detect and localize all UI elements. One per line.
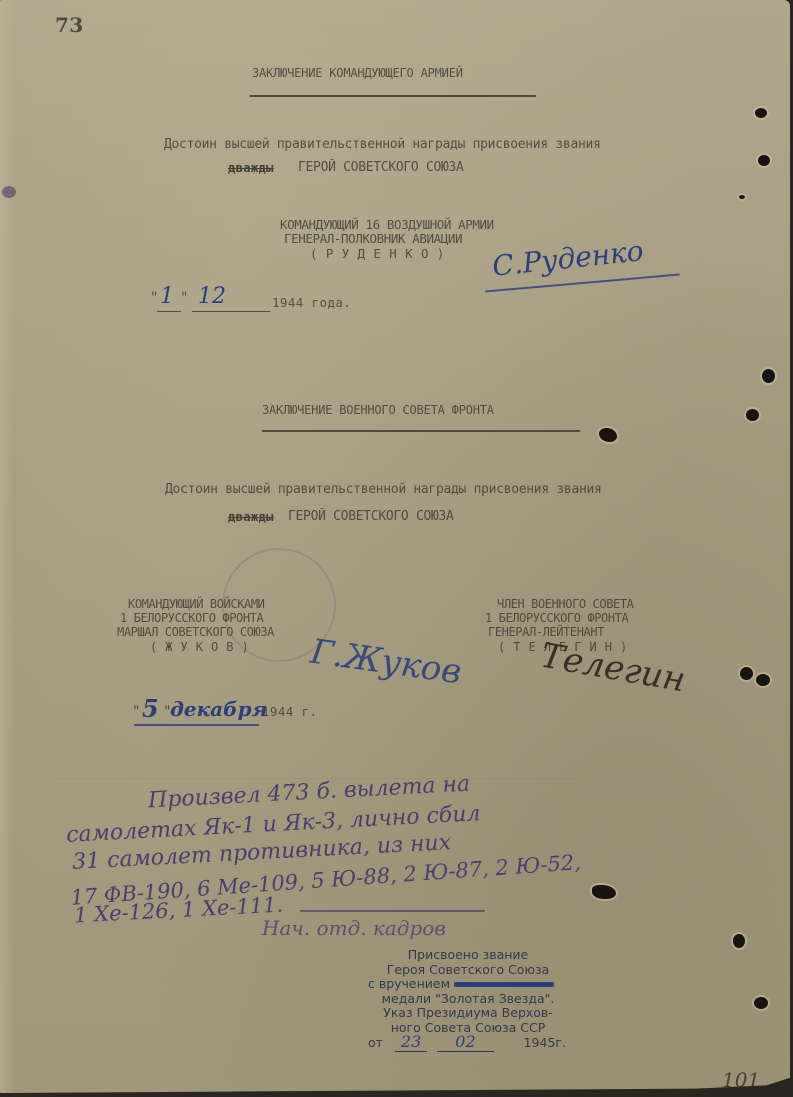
- army-award-line: Достоин высшей правительственной награды…: [164, 137, 601, 152]
- army-date-quote-close: ": [180, 290, 189, 306]
- award-stamp: Присвоено звание Героя Советского Союза …: [368, 948, 568, 1051]
- page-number: 73: [55, 13, 84, 37]
- punch-hole: [756, 674, 770, 686]
- stamp-date-line: от 23 02 1945г.: [368, 1035, 568, 1051]
- army-date-month: 12: [198, 284, 226, 309]
- punch-hole: [740, 667, 753, 680]
- punch-hole: [592, 885, 616, 899]
- front-date-suffix: 1944 г.: [262, 704, 317, 719]
- punch-hole: [758, 155, 770, 166]
- stamp-date-year: 1945г.: [524, 1035, 566, 1050]
- stamp-date-month: 02: [437, 1032, 493, 1052]
- punch-hole: [739, 195, 745, 199]
- date-month-underline: [192, 311, 270, 312]
- front-title-line: ГЕРОЙ СОВЕТСКОГО СОЮЗА: [288, 509, 454, 524]
- punch-hole: [599, 428, 617, 442]
- army-title-line: ГЕРОЙ СОВЕТСКОГО СОЮЗА: [298, 160, 464, 175]
- left-signer-title-3: МАРШАЛ СОВЕТСКОГО СОЮЗА: [117, 625, 274, 639]
- right-signer-title-2: 1 БЕЛОРУССКОГО ФРОНТА: [485, 611, 628, 625]
- heading-underline: [262, 430, 580, 432]
- army-signer-title-1: КОМАНДУЮЩИЙ 16 ВОЗДУШНОЙ АРМИИ: [280, 217, 494, 232]
- note-trailing: Нач. отд. кадров: [262, 916, 446, 940]
- right-signer-title-1: ЧЛЕН ВОЕННОГО СОВЕТА: [497, 597, 634, 611]
- paper-edge: [0, 0, 14, 1093]
- army-signature: С.Руденко: [491, 234, 645, 283]
- army-date-day: 1: [160, 284, 174, 309]
- army-conclusion-heading: ЗАКЛЮЧЕНИЕ КОМАНДУЮЩЕГО АРМИЕЙ: [252, 66, 463, 80]
- left-signer-title-2: 1 БЕЛОРУССКОГО ФРОНТА: [120, 611, 263, 625]
- archive-mark: 101: [722, 1068, 760, 1092]
- stain-mark: [2, 186, 16, 198]
- date-day-underline: [157, 311, 181, 312]
- heading-underline: [250, 95, 536, 97]
- front-award-line: Достоин высшей правительственной награды…: [165, 482, 602, 497]
- punch-hole: [746, 409, 759, 421]
- struck-word: дважды: [228, 161, 274, 175]
- army-signer-name: ( Р У Д Е Н К О ): [310, 246, 445, 261]
- note-underline: [300, 910, 485, 912]
- stamp-date-day: 23: [395, 1032, 427, 1052]
- punch-hole: [755, 108, 767, 118]
- left-signature: Г.Жуков: [308, 632, 464, 693]
- punch-hole: [754, 997, 768, 1009]
- stamp-line-5: Указ Президиума Верхов-: [368, 1006, 568, 1021]
- stamp-line-4: медали "Золотая Звезда".: [368, 992, 568, 1007]
- punch-hole: [733, 934, 745, 948]
- army-date-quote-open: ": [150, 290, 159, 306]
- document-page: 73 ЗАКЛЮЧЕНИЕ КОМАНДУЮЩЕГО АРМИЕЙ Достои…: [0, 0, 790, 1093]
- punch-hole: [762, 369, 775, 383]
- front-date-day: 5: [142, 694, 159, 723]
- army-signer-title-2: ГЕНЕРАЛ-ПОЛКОВНИК АВИАЦИИ: [284, 231, 462, 246]
- stamp-line-1: Присвоено звание: [368, 948, 568, 963]
- struck-word: дважды: [228, 510, 274, 524]
- army-date-suffix: 1944 года.: [272, 295, 351, 310]
- struck-out-text: [454, 982, 554, 987]
- front-date-month: декабря: [170, 697, 267, 721]
- front-date-quote-open: ": [132, 704, 141, 720]
- left-signer-title-1: КОМАНДУЮЩИЙ ВОЙСКАМИ: [128, 597, 265, 611]
- stamp-line-2: Героя Советского Союза: [368, 963, 568, 978]
- date-underline: [134, 724, 259, 726]
- faint-typed-residue: [60, 768, 580, 779]
- front-conclusion-heading: ЗАКЛЮЧЕНИЕ ВОЕННОГО СОВЕТА ФРОНТА: [262, 403, 494, 417]
- left-signer-name: ( Ж У К О В ): [150, 640, 249, 654]
- stamp-line-3: с вручением: [368, 977, 568, 992]
